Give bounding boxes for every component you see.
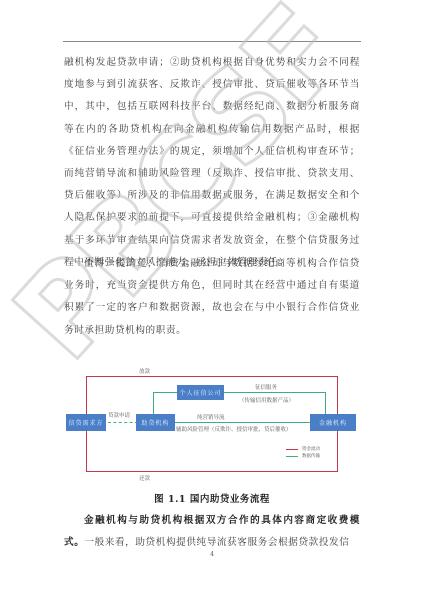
legend-fund-label: 资金流动	[302, 446, 320, 452]
text-line: 贷后催收等）所涉及的非信用数据或服务，在满足数据安全和个	[64, 185, 360, 207]
text-line: 融机构发起贷款申请；②助贷机构根据自身优势和实力会不同程	[64, 52, 360, 74]
paragraph-3: 金融机构与助贷机构根据双方合作的具体内容商定收费模 式。一般来看，助贷机构提供纯…	[64, 510, 360, 554]
node-credit-bureau: 个人征信公司	[177, 385, 224, 400]
text-line: 等在内的各助贷机构在向金融机构传输信用数据产品时，根据	[64, 119, 360, 141]
node-financial-institution: 金融机构	[310, 414, 356, 431]
text-bold-start: 式。	[64, 537, 84, 548]
legend-swatch-data	[286, 456, 298, 457]
credit-service-label: 征信服务	[255, 383, 277, 391]
text-line: 基于多环节审查结果向信贷需求者发放资金，在整个信贷服务过	[64, 230, 360, 252]
disburse-label: 放款	[139, 367, 150, 375]
disburse-line	[86, 376, 338, 377]
loan-application-label: 贷款申请	[108, 411, 130, 419]
text-line: 而纯营销导流和辅助风险管理（反欺诈、授信审批、贷款支用、	[64, 163, 360, 185]
legend-swatch-fund	[286, 449, 298, 450]
text-line: 《征信业务管理办法》的规定，须增加个人征信机构审查环节；	[64, 141, 360, 163]
marketing-label: 纯营销导流	[197, 413, 225, 421]
risk-mgmt-label: 辅助风险管理（反欺诈、授信审批、贷后催收）	[176, 425, 292, 433]
loan-application-line	[108, 422, 138, 423]
text-line-bold: 金融机构与助贷机构根据双方合作的具体内容商定收费模	[64, 510, 360, 532]
credit-service-sub-label: （传输信用数据产品）	[239, 396, 294, 404]
repay-line	[86, 471, 338, 472]
text-line: 一般来看，助贷机构提供纯导流获客服务会根据贷款投发信	[84, 537, 349, 548]
green-down-line	[325, 392, 326, 414]
text-line: 值得一提的是，消费金融公司与数据经纪商等机构合作信贷	[64, 253, 360, 275]
marketing-line	[175, 422, 312, 423]
text-line: 务时承担助贷机构的职责。	[64, 320, 360, 342]
flow-diagram: 放款 还款 信贷需求方 助贷机构 个人征信公司 金融机构 贷款申请 征信服务 （…	[64, 360, 360, 480]
text-line: 业务时，充当资金提供方角色，但同时其在经营中通过自有渠道	[64, 275, 360, 297]
node-assist-lender: 助贷机构	[136, 414, 175, 431]
legend-data-label: 数据传输	[302, 453, 320, 459]
text-line: 人隐私保护要求的前提下，可直接提供给金融机构；③金融机构	[64, 207, 360, 229]
credit-service-line	[224, 392, 325, 393]
paragraph-2: 值得一提的是，消费金融公司与数据经纪商等机构合作信贷 业务时，充当资金提供方角色…	[64, 253, 360, 342]
paragraph-1: 融机构发起贷款申请；②助贷机构根据自身优势和实力会不同程 度地参与到引流获客、反…	[64, 52, 360, 274]
node-borrower: 信贷需求方	[66, 414, 106, 431]
repay-label: 还款	[139, 474, 150, 482]
text-line: 积累了一定的客户和数据资源，故也会在与中小银行合作信贷业	[64, 297, 360, 319]
text-line: 度地参与到引流获客、反欺诈、授信审批、贷后催收等各环节当	[64, 74, 360, 96]
figure-caption: 图 1.1 国内助贷业务流程	[0, 491, 424, 505]
header-rule	[63, 41, 361, 42]
text-line: 中，其中，包括互联网科技平台、数据经纪商、数据分析服务商	[64, 96, 360, 118]
page-number: 4	[0, 551, 424, 558]
